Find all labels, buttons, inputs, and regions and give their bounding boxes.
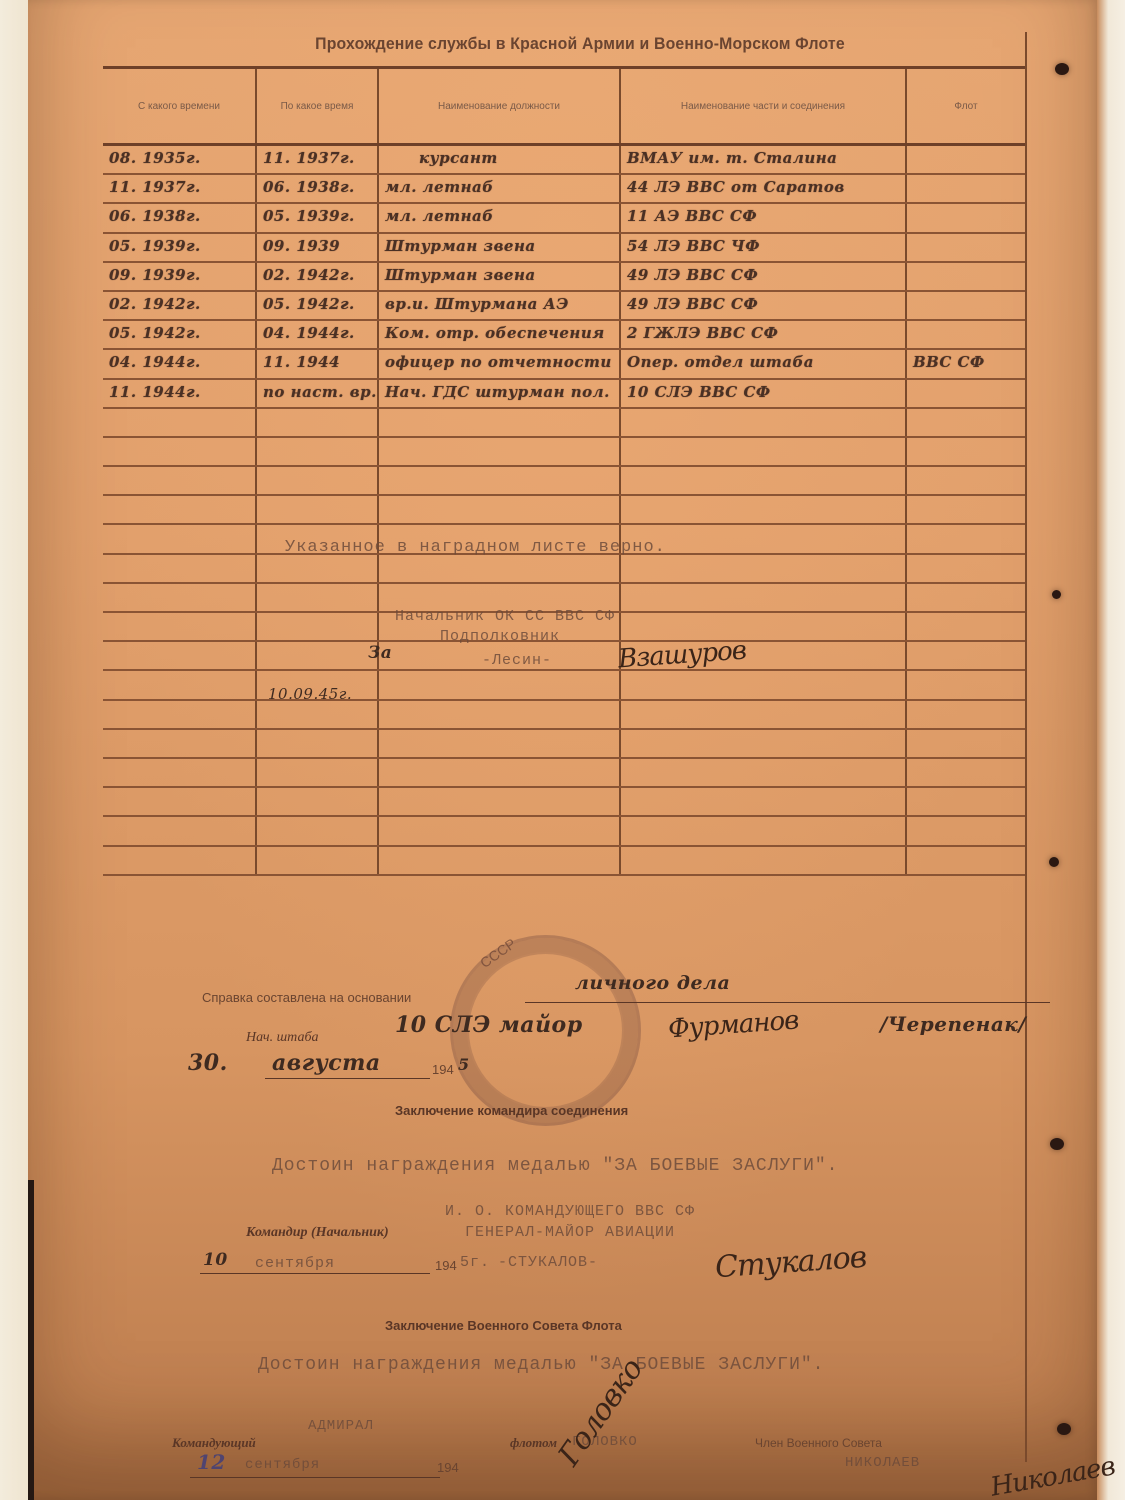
cell-unit: 11 АЭ ВВС СФ <box>620 203 906 232</box>
empty-cell <box>906 554 1025 583</box>
council-conclusion-verdict: Достоин награждения медалью "ЗА БОЕВЫЕ З… <box>258 1355 824 1375</box>
table-row-empty <box>103 816 1025 845</box>
empty-cell <box>256 787 378 816</box>
table-row: 05. 1939г.09. 1939Штурман звена54 ЛЭ ВВС… <box>103 233 1025 262</box>
margin-rule <box>1025 32 1027 1462</box>
empty-cell <box>256 495 378 524</box>
cell-position: вр.и. Штурмана АЭ <box>378 291 620 320</box>
cell-position: Нач. ГДС штурман пол. <box>378 379 620 408</box>
cell-from-date-text: 08. 1935г. <box>109 149 201 167</box>
empty-cell <box>103 524 256 553</box>
table-row-empty <box>103 787 1025 816</box>
section-title: Прохождение службы в Красной Армии и Вое… <box>227 34 934 54</box>
chief-of-staff-label: Нач. штаба <box>246 1030 319 1046</box>
punch-hole-icon <box>1050 1138 1064 1150</box>
table-row: 11. 1937г.06. 1938г.мл. летнаб44 ЛЭ ВВС … <box>103 174 1025 203</box>
empty-cell <box>378 787 620 816</box>
certification-date: 10.09.45г. <box>268 685 352 703</box>
cell-from-date: 11. 1944г. <box>103 379 256 408</box>
empty-cell <box>256 700 378 729</box>
cell-unit-text: 10 СЛЭ ВВС СФ <box>627 383 771 401</box>
reference-date-year-prefix: 194 <box>432 1062 454 1077</box>
cell-position-text: курсант <box>419 149 498 167</box>
empty-cell <box>256 408 378 437</box>
empty-cell <box>256 758 378 787</box>
cell-position-text: Штурман звена <box>385 266 536 284</box>
cell-fleet <box>906 233 1025 262</box>
council-member-label: Член Военного Совета <box>755 1436 882 1450</box>
empty-cell <box>103 583 256 612</box>
empty-cell <box>906 758 1025 787</box>
table-row-empty <box>103 495 1025 524</box>
cell-to-date-text: 04. 1944г. <box>263 324 355 342</box>
punch-hole-icon <box>1049 857 1059 867</box>
reference-date-month: августа <box>272 1050 381 1076</box>
empty-cell <box>103 554 256 583</box>
cell-from-date-text: 06. 1938г. <box>109 207 201 225</box>
commander-date-day: 10 <box>203 1250 228 1270</box>
cell-position-text: мл. летнаб <box>385 178 494 196</box>
empty-cell <box>620 612 906 641</box>
cell-to-date: 11. 1937г. <box>256 145 378 175</box>
commander-label: Командир (Начальник) <box>246 1225 389 1241</box>
empty-cell <box>378 729 620 758</box>
cell-position: мл. летнаб <box>378 203 620 232</box>
cell-from-date: 11. 1937г. <box>103 174 256 203</box>
empty-cell <box>103 612 256 641</box>
cell-to-date: 02. 1942г. <box>256 262 378 291</box>
commander-date-month: сентября <box>255 1255 335 1272</box>
table-row-empty <box>103 437 1025 466</box>
council-date-month: сентября <box>245 1457 320 1473</box>
cell-fleet <box>906 291 1025 320</box>
empty-cell <box>256 729 378 758</box>
empty-cell <box>256 846 378 875</box>
table-row-empty <box>103 554 1025 583</box>
empty-cell <box>103 495 256 524</box>
punch-hole-icon <box>1055 63 1069 75</box>
cell-from-date: 06. 1938г. <box>103 203 256 232</box>
commander-conclusion-heading: Заключение командира соединения <box>395 1103 628 1118</box>
table-row-empty <box>103 670 1025 699</box>
table-row-empty <box>103 700 1025 729</box>
empty-cell <box>906 466 1025 495</box>
cell-to-date-text: 11. 1944 <box>263 353 340 371</box>
column-header-unit: Наименование части и соединения <box>620 68 906 145</box>
empty-cell <box>378 700 620 729</box>
cell-position: Штурман звена <box>378 262 620 291</box>
empty-cell <box>906 787 1025 816</box>
cell-to-date: 05. 1942г. <box>256 291 378 320</box>
empty-cell <box>906 583 1025 612</box>
certification-name: -Лесин- <box>482 652 552 669</box>
cell-from-date-text: 05. 1939г. <box>109 237 201 255</box>
cell-position-text: Штурман звена <box>385 237 536 255</box>
cell-from-date-text: 11. 1937г. <box>109 178 201 196</box>
column-header-to: По какое время <box>256 68 378 145</box>
cell-to-date: 09. 1939 <box>256 233 378 262</box>
cell-position-text: Ком. отр. обеспечения <box>385 324 605 342</box>
cell-to-date-text: 11. 1937г. <box>263 149 355 167</box>
empty-cell <box>906 437 1025 466</box>
commander-conclusion-verdict: Достоин награждения медалью "ЗА БОЕВЫЕ З… <box>272 1156 838 1176</box>
cell-to-date: 04. 1944г. <box>256 320 378 349</box>
cell-to-date-text: по наст. вр. <box>263 383 377 401</box>
empty-cell <box>256 437 378 466</box>
column-header-fleet: Флот <box>906 68 1025 145</box>
cell-unit: 10 СЛЭ ВВС СФ <box>620 379 906 408</box>
empty-cell <box>620 700 906 729</box>
cell-unit-text: ВМАУ им. т. Сталина <box>627 149 837 167</box>
cell-position: Ком. отр. обеспечения <box>378 320 620 349</box>
empty-cell <box>378 554 620 583</box>
cell-unit: 44 ЛЭ ВВС от Саратов <box>620 174 906 203</box>
cell-from-date: 09. 1939г. <box>103 262 256 291</box>
cell-to-date-text: 05. 1939г. <box>263 207 355 225</box>
date-underline <box>200 1273 430 1274</box>
empty-cell <box>103 700 256 729</box>
empty-cell <box>906 816 1025 845</box>
council-date-year-prefix: 194 <box>437 1460 459 1475</box>
table-row: 05. 1942г.04. 1944г.Ком. отр. обеспечени… <box>103 320 1025 349</box>
chief-of-staff-name: /Черепенак/ <box>880 1012 1026 1036</box>
certification-for-mark: За <box>368 643 392 663</box>
cell-fleet-text: ВВС СФ <box>913 353 985 371</box>
empty-cell <box>906 700 1025 729</box>
commander-name: -СТУКАЛОВ- <box>498 1254 598 1271</box>
cell-unit: Опер. отдел штаба <box>620 349 906 378</box>
cell-position-text: офицер по отчетности <box>385 353 612 371</box>
cell-position-text: вр.и. Штурмана АЭ <box>385 295 569 313</box>
reference-date-day: 30. <box>188 1050 228 1076</box>
empty-cell <box>906 524 1025 553</box>
empty-cell <box>620 787 906 816</box>
cell-position-text: мл. летнаб <box>385 207 494 225</box>
binding-edge <box>28 1180 34 1500</box>
cell-from-date: 05. 1942г. <box>103 320 256 349</box>
commander-title-line2: ГЕНЕРАЛ-МАЙОР АВИАЦИИ <box>465 1224 675 1241</box>
cell-unit: 2 ГЖЛЭ ВВС СФ <box>620 320 906 349</box>
cell-fleet <box>906 379 1025 408</box>
reference-label: Справка составлена на основании <box>202 990 411 1005</box>
reference-basis: личного дела <box>575 972 730 994</box>
cell-to-date-text: 09. 1939 <box>263 237 340 255</box>
cell-from-date-text: 05. 1942г. <box>109 324 201 342</box>
empty-cell <box>620 670 906 699</box>
table-row: 11. 1944г.по наст. вр.Нач. ГДС штурман п… <box>103 379 1025 408</box>
empty-cell <box>256 641 378 670</box>
cell-unit: 54 ЛЭ ВВС ЧФ <box>620 233 906 262</box>
empty-cell <box>906 846 1025 875</box>
cell-unit: 49 ЛЭ ВВС СФ <box>620 291 906 320</box>
cell-position: офицер по отчетности <box>378 349 620 378</box>
commander-date-year-prefix: 194 <box>435 1258 457 1273</box>
punch-hole-icon <box>1057 1423 1071 1435</box>
cell-from-date: 04. 1944г. <box>103 349 256 378</box>
cell-from-date-text: 09. 1939г. <box>109 266 201 284</box>
cell-to-date: 05. 1939г. <box>256 203 378 232</box>
service-history-table: С какого времени По какое время Наименов… <box>103 66 1025 876</box>
cell-to-date: по наст. вр. <box>256 379 378 408</box>
cell-from-date: 08. 1935г. <box>103 145 256 175</box>
cell-fleet <box>906 203 1025 232</box>
empty-cell <box>103 758 256 787</box>
empty-cell <box>103 846 256 875</box>
fleet-label: флотом <box>510 1435 557 1451</box>
cell-unit-text: Опер. отдел штаба <box>627 353 814 371</box>
empty-cell <box>378 466 620 495</box>
empty-cell <box>378 408 620 437</box>
punch-hole-icon <box>1052 590 1061 599</box>
cell-fleet <box>906 145 1025 175</box>
cell-unit-text: 49 ЛЭ ВВС СФ <box>627 295 758 313</box>
table-row-empty <box>103 408 1025 437</box>
empty-cell <box>256 554 378 583</box>
table-row-empty <box>103 758 1025 787</box>
empty-cell <box>620 466 906 495</box>
empty-cell <box>906 670 1025 699</box>
cell-unit-text: 2 ГЖЛЭ ВВС СФ <box>627 324 778 342</box>
empty-cell <box>620 758 906 787</box>
empty-cell <box>103 787 256 816</box>
cell-position: Штурман звена <box>378 233 620 262</box>
cell-fleet <box>906 320 1025 349</box>
empty-cell <box>906 408 1025 437</box>
cell-fleet <box>906 262 1025 291</box>
table-row-empty <box>103 466 1025 495</box>
empty-cell <box>378 437 620 466</box>
council-date-day: 12 <box>197 1450 226 1474</box>
commander-date-year-suffix: 5г. <box>460 1254 490 1271</box>
fleet-commander-rank: АДМИРАЛ <box>308 1418 374 1434</box>
reference-date-year-suffix: 5 <box>458 1055 470 1074</box>
empty-cell <box>378 846 620 875</box>
certification-title-line2: Подполковник <box>440 628 560 645</box>
date-underline <box>265 1078 430 1079</box>
table-row-empty <box>103 641 1025 670</box>
cell-from-date-text: 02. 1942г. <box>109 295 201 313</box>
cell-unit: 49 ЛЭ ВВС СФ <box>620 262 906 291</box>
cell-from-date: 05. 1939г. <box>103 233 256 262</box>
empty-cell <box>620 554 906 583</box>
empty-cell <box>620 437 906 466</box>
certification-statement: Указанное в наградном листе верно. <box>285 538 666 557</box>
cell-from-date-text: 11. 1944г. <box>109 383 201 401</box>
empty-cell <box>620 408 906 437</box>
empty-cell <box>906 495 1025 524</box>
empty-cell <box>103 466 256 495</box>
empty-cell <box>378 758 620 787</box>
empty-cell <box>906 612 1025 641</box>
empty-cell <box>620 495 906 524</box>
cell-fleet: ВВС СФ <box>906 349 1025 378</box>
cell-to-date: 11. 1944 <box>256 349 378 378</box>
empty-cell <box>620 816 906 845</box>
empty-cell <box>103 816 256 845</box>
table-row-empty <box>103 846 1025 875</box>
empty-cell <box>906 729 1025 758</box>
table-row: 02. 1942г.05. 1942г.вр.и. Штурмана АЭ49 … <box>103 291 1025 320</box>
council-member-name: НИКОЛАЕВ <box>845 1455 920 1471</box>
cell-position: мл. летнаб <box>378 174 620 203</box>
column-header-from: С какого времени <box>103 68 256 145</box>
column-header-position: Наименование должности <box>378 68 620 145</box>
table-header-row: С какого времени По какое время Наименов… <box>103 68 1025 145</box>
table-row: 04. 1944г.11. 1944офицер по отчетностиОп… <box>103 349 1025 378</box>
empty-cell <box>256 612 378 641</box>
table-row: 08. 1935г.11. 1937г.курсантВМАУ им. т. С… <box>103 145 1025 175</box>
empty-cell <box>378 670 620 699</box>
council-conclusion-heading: Заключение Военного Совета Флота <box>385 1318 622 1333</box>
cell-unit-text: 49 ЛЭ ВВС СФ <box>627 266 758 284</box>
reference-underline <box>525 1002 1050 1003</box>
date-underline <box>190 1477 440 1478</box>
empty-cell <box>256 816 378 845</box>
chief-of-staff-value: 10 СЛЭ майор <box>395 1012 583 1038</box>
empty-cell <box>378 495 620 524</box>
cell-from-date: 02. 1942г. <box>103 291 256 320</box>
cell-to-date-text: 02. 1942г. <box>263 266 355 284</box>
cell-unit-text: 11 АЭ ВВС СФ <box>627 207 757 225</box>
empty-cell <box>620 729 906 758</box>
certification-title-line1: Начальник ОК СС ВВС СФ <box>395 608 615 625</box>
cell-position-text: Нач. ГДС штурман пол. <box>385 383 610 401</box>
cell-to-date: 06. 1938г. <box>256 174 378 203</box>
cell-unit-text: 44 ЛЭ ВВС от Саратов <box>627 178 845 196</box>
cell-to-date-text: 05. 1942г. <box>263 295 355 313</box>
table-row: 09. 1939г.02. 1942г.Штурман звена49 ЛЭ В… <box>103 262 1025 291</box>
empty-cell <box>378 816 620 845</box>
empty-cell <box>620 583 906 612</box>
fleet-commander-label: Командующий <box>172 1435 256 1451</box>
empty-cell <box>103 670 256 699</box>
empty-cell <box>103 408 256 437</box>
table-row: 06. 1938г.05. 1939г.мл. летнаб11 АЭ ВВС … <box>103 203 1025 232</box>
page-edge <box>1097 0 1125 1500</box>
cell-to-date-text: 06. 1938г. <box>263 178 355 196</box>
cell-unit: ВМАУ им. т. Сталина <box>620 145 906 175</box>
empty-cell <box>103 641 256 670</box>
cell-position: курсант <box>378 145 620 175</box>
commander-title-line1: И. О. КОМАНДУЮЩЕГО ВВС СФ <box>445 1203 695 1220</box>
empty-cell <box>256 466 378 495</box>
cell-fleet <box>906 174 1025 203</box>
empty-cell <box>103 729 256 758</box>
cell-from-date-text: 04. 1944г. <box>109 353 201 371</box>
table-row-empty <box>103 729 1025 758</box>
empty-cell <box>103 437 256 466</box>
empty-cell <box>906 641 1025 670</box>
cell-unit-text: 54 ЛЭ ВВС ЧФ <box>627 237 760 255</box>
empty-cell <box>620 846 906 875</box>
empty-cell <box>256 583 378 612</box>
